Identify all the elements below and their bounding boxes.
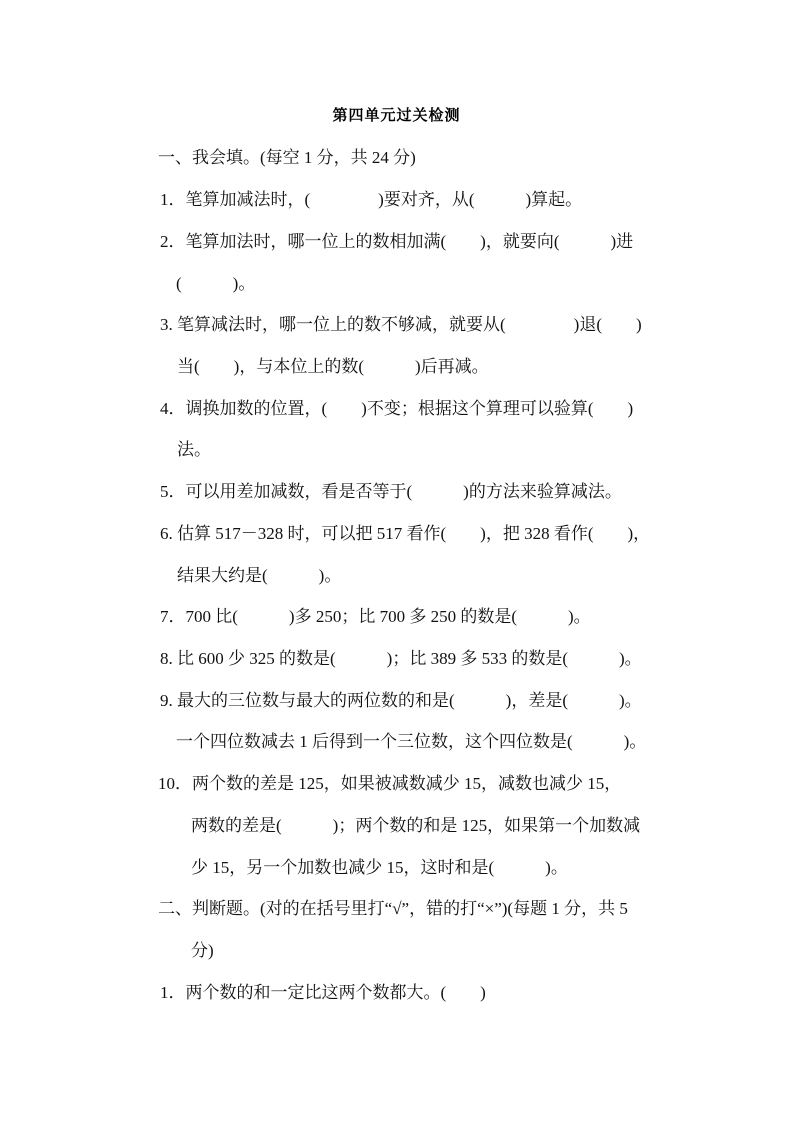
question-9-line-1: 9. 最大的三位数与最大的两位数的和是( )，差是( )。 — [160, 690, 642, 712]
section-heading-true-false-line-1: 二、判断题。(对的在括号里打“√”，错的打“×”)(每题 1 分，共 5 — [158, 898, 628, 920]
question-6-line-1: 6. 估算 517－328 时，可以把 517 看作( )，把 328 看作( … — [160, 523, 650, 545]
question-2-line-1: 2．笔算加法时，哪一位上的数相加满( )，就要向( )进 — [160, 231, 633, 253]
question-6-line-2: 结果大约是( )。 — [177, 565, 341, 587]
question-10-line-3: 少 15，另一个加数也减少 15，这时和是( )。 — [191, 857, 568, 879]
page-title: 第四单元过关检测 — [0, 104, 793, 125]
question-9-line-2: 一个四位数减去 1 后得到一个三位数，这个四位数是( )。 — [176, 731, 646, 753]
question-7-line-1: 7．700 比( )多 250；比 700 多 250 的数是( )。 — [160, 606, 591, 628]
question-3-line-1: 3. 笔算减法时，哪一位上的数不够减，就要从( )退( ) — [160, 314, 642, 336]
worksheet-page: 第四单元过关检测 一、我会填。(每空 1 分，共 24 分) 1．笔算加减法时，… — [0, 0, 793, 1122]
question-2-line-2: ( )。 — [176, 273, 255, 295]
question-3-line-2: 当( )，与本位上的数( )后再减。 — [177, 356, 489, 378]
section-heading-fill-in: 一、我会填。(每空 1 分，共 24 分) — [158, 147, 416, 169]
question-5-line-1: 5．可以用差加减数，看是否等于( )的方法来验算减法。 — [160, 481, 622, 503]
question-4-line-1: 4．调换加数的位置，( )不变；根据这个算理可以验算( ) — [160, 398, 633, 420]
true-false-question-1: 1．两个数的和一定比这两个数都大。( ) — [160, 982, 486, 1004]
question-1-line-1: 1．笔算加减法时，( )要对齐，从( )算起。 — [160, 189, 582, 211]
question-10-line-2: 两数的差是( )；两个数的和是 125，如果第一个加数减 — [191, 815, 640, 837]
question-10-line-1: 10．两个数的差是 125，如果被减数减少 15，减数也减少 15， — [158, 773, 621, 795]
question-4-line-2: 法。 — [177, 439, 211, 461]
section-heading-true-false-line-2: 分) — [191, 940, 214, 962]
question-8-line-1: 8. 比 600 少 325 的数是( )；比 389 多 533 的数是( )… — [160, 648, 642, 670]
